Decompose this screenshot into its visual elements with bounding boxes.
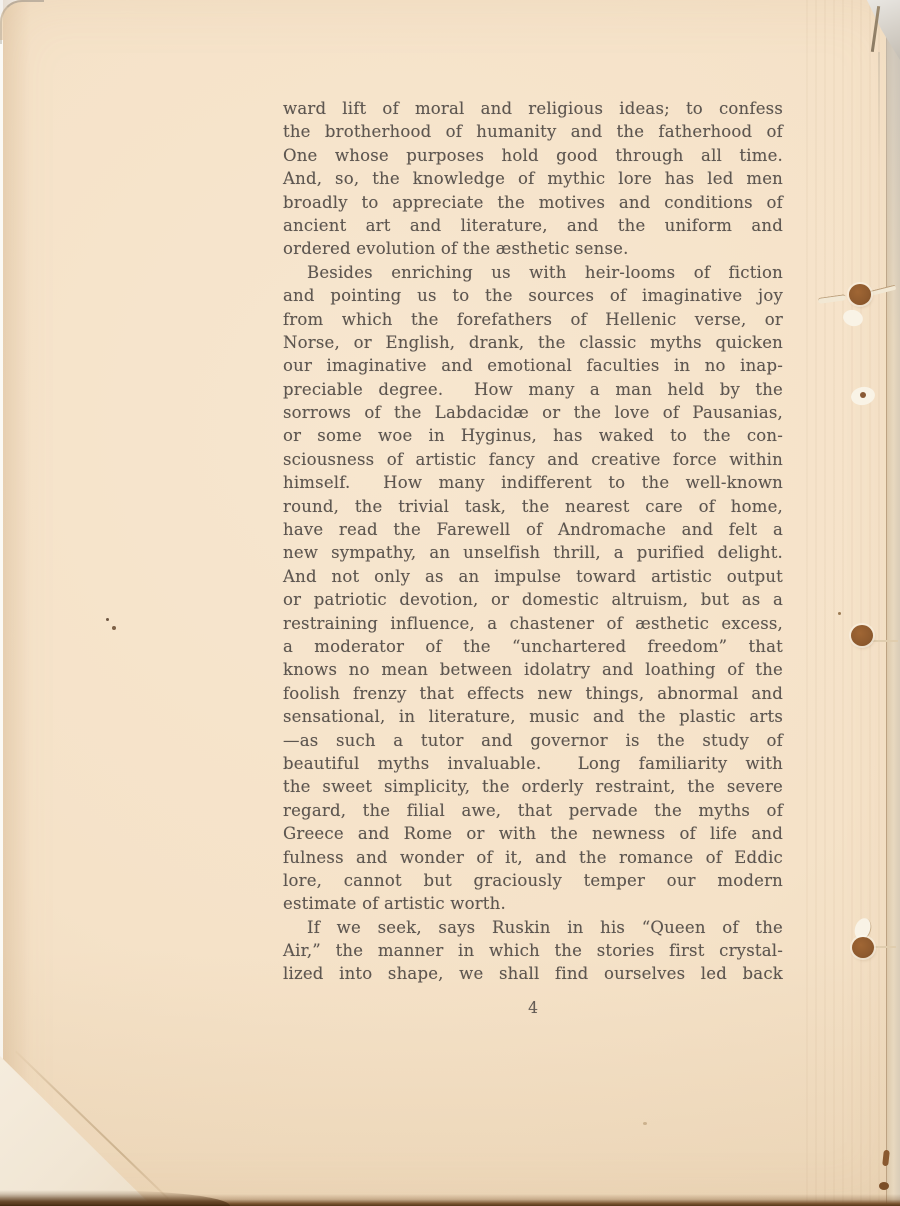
text-block: ward lift of moral and religious ideas; … xyxy=(283,97,783,986)
text-line: Greece and Rome or with the newness of l… xyxy=(283,822,783,845)
text-line: preciable degree. How many a man held by… xyxy=(283,378,783,401)
text-line: foolish frenzy that effects new things, … xyxy=(283,682,783,705)
top-right-crease xyxy=(878,52,880,162)
binding-hole-top xyxy=(849,284,871,305)
text-line: sciousness of artistic fancy and creativ… xyxy=(283,448,783,471)
text-line: our imaginative and emotional faculties … xyxy=(283,354,783,377)
paragraph: If we seek, says Ruskin in his “Queen of… xyxy=(283,916,783,986)
paragraph: ward lift of moral and religious ideas; … xyxy=(283,97,783,261)
text-line: or some woe in Hyginus, has waked to the… xyxy=(283,424,783,447)
text-line: the brotherhood of humanity and the fath… xyxy=(283,120,783,143)
text-line: broadly to appreciate the motives and co… xyxy=(283,191,783,214)
paper-speck xyxy=(112,626,116,630)
paragraph: Besides enriching us with heir-looms of … xyxy=(283,261,783,916)
paper-speck xyxy=(838,612,841,615)
text-line: lore, cannot but graciously temper our m… xyxy=(283,869,783,892)
text-line: or patriotic devotion, or domestic altru… xyxy=(283,588,783,611)
paper-speck xyxy=(860,392,866,398)
text-line: from which the forefathers of Hellenic v… xyxy=(283,308,783,331)
text-line: the sweet simplicity, the orderly restra… xyxy=(283,775,783,798)
binding-hole-bottom xyxy=(852,937,874,958)
page-number: 4 xyxy=(283,999,783,1017)
text-line: new sympathy, an unselfish thrill, a pur… xyxy=(283,541,783,564)
text-line: Besides enriching us with heir-looms of … xyxy=(283,261,783,284)
paper-speck xyxy=(643,1122,647,1125)
text-line: If we seek, says Ruskin in his “Queen of… xyxy=(283,916,783,939)
text-line: a moderator of the “unchartered freedom”… xyxy=(283,635,783,658)
text-line: lized into shape, we shall find ourselve… xyxy=(283,962,783,985)
scanned-book-page: ward lift of moral and religious ideas; … xyxy=(0,0,900,1206)
text-line: sorrows of the Labdacidæ or the love of … xyxy=(283,401,783,424)
top-left-corner-curve xyxy=(0,0,44,44)
text-line: ward lift of moral and religious ideas; … xyxy=(283,97,783,120)
text-line: have read the Farewell of Andromache and… xyxy=(283,518,783,541)
binding-hole-middle xyxy=(851,625,873,646)
crease-mark xyxy=(872,946,896,948)
text-line: —as such a tutor and governor is the stu… xyxy=(283,729,783,752)
text-line: And not only as an impulse toward artist… xyxy=(283,565,783,588)
text-line: fulness and wonder of it, and the romanc… xyxy=(283,846,783,869)
text-line: sensational, in literature, music and th… xyxy=(283,705,783,728)
text-line: One whose purposes hold good through all… xyxy=(283,144,783,167)
text-line: Norse, or English, drank, the classic my… xyxy=(283,331,783,354)
text-line: Air,” the manner in which the stories fi… xyxy=(283,939,783,962)
text-line: And, so, the knowledge of mythic lore ha… xyxy=(283,167,783,190)
text-line: and pointing us to the sources of imagin… xyxy=(283,284,783,307)
text-line: beautiful myths invaluable. Long familia… xyxy=(283,752,783,775)
edge-wear-mark xyxy=(879,1182,889,1190)
paper-streaks xyxy=(806,0,886,1206)
text-line: regard, the filial awe, that pervade the… xyxy=(283,799,783,822)
text-line: knows no mean between idolatry and loath… xyxy=(283,658,783,681)
text-line: ancient art and literature, and the unif… xyxy=(283,214,783,237)
text-line: round, the trivial task, the nearest car… xyxy=(283,495,783,518)
text-line: himself. How many indifferent to the wel… xyxy=(283,471,783,494)
text-line: estimate of artistic worth. xyxy=(283,892,783,915)
crease-mark xyxy=(872,640,898,642)
text-line: ordered evolution of the æsthetic sense. xyxy=(283,237,783,260)
paper-speck xyxy=(106,618,109,621)
text-line: restraining influence, a chastener of æs… xyxy=(283,612,783,635)
